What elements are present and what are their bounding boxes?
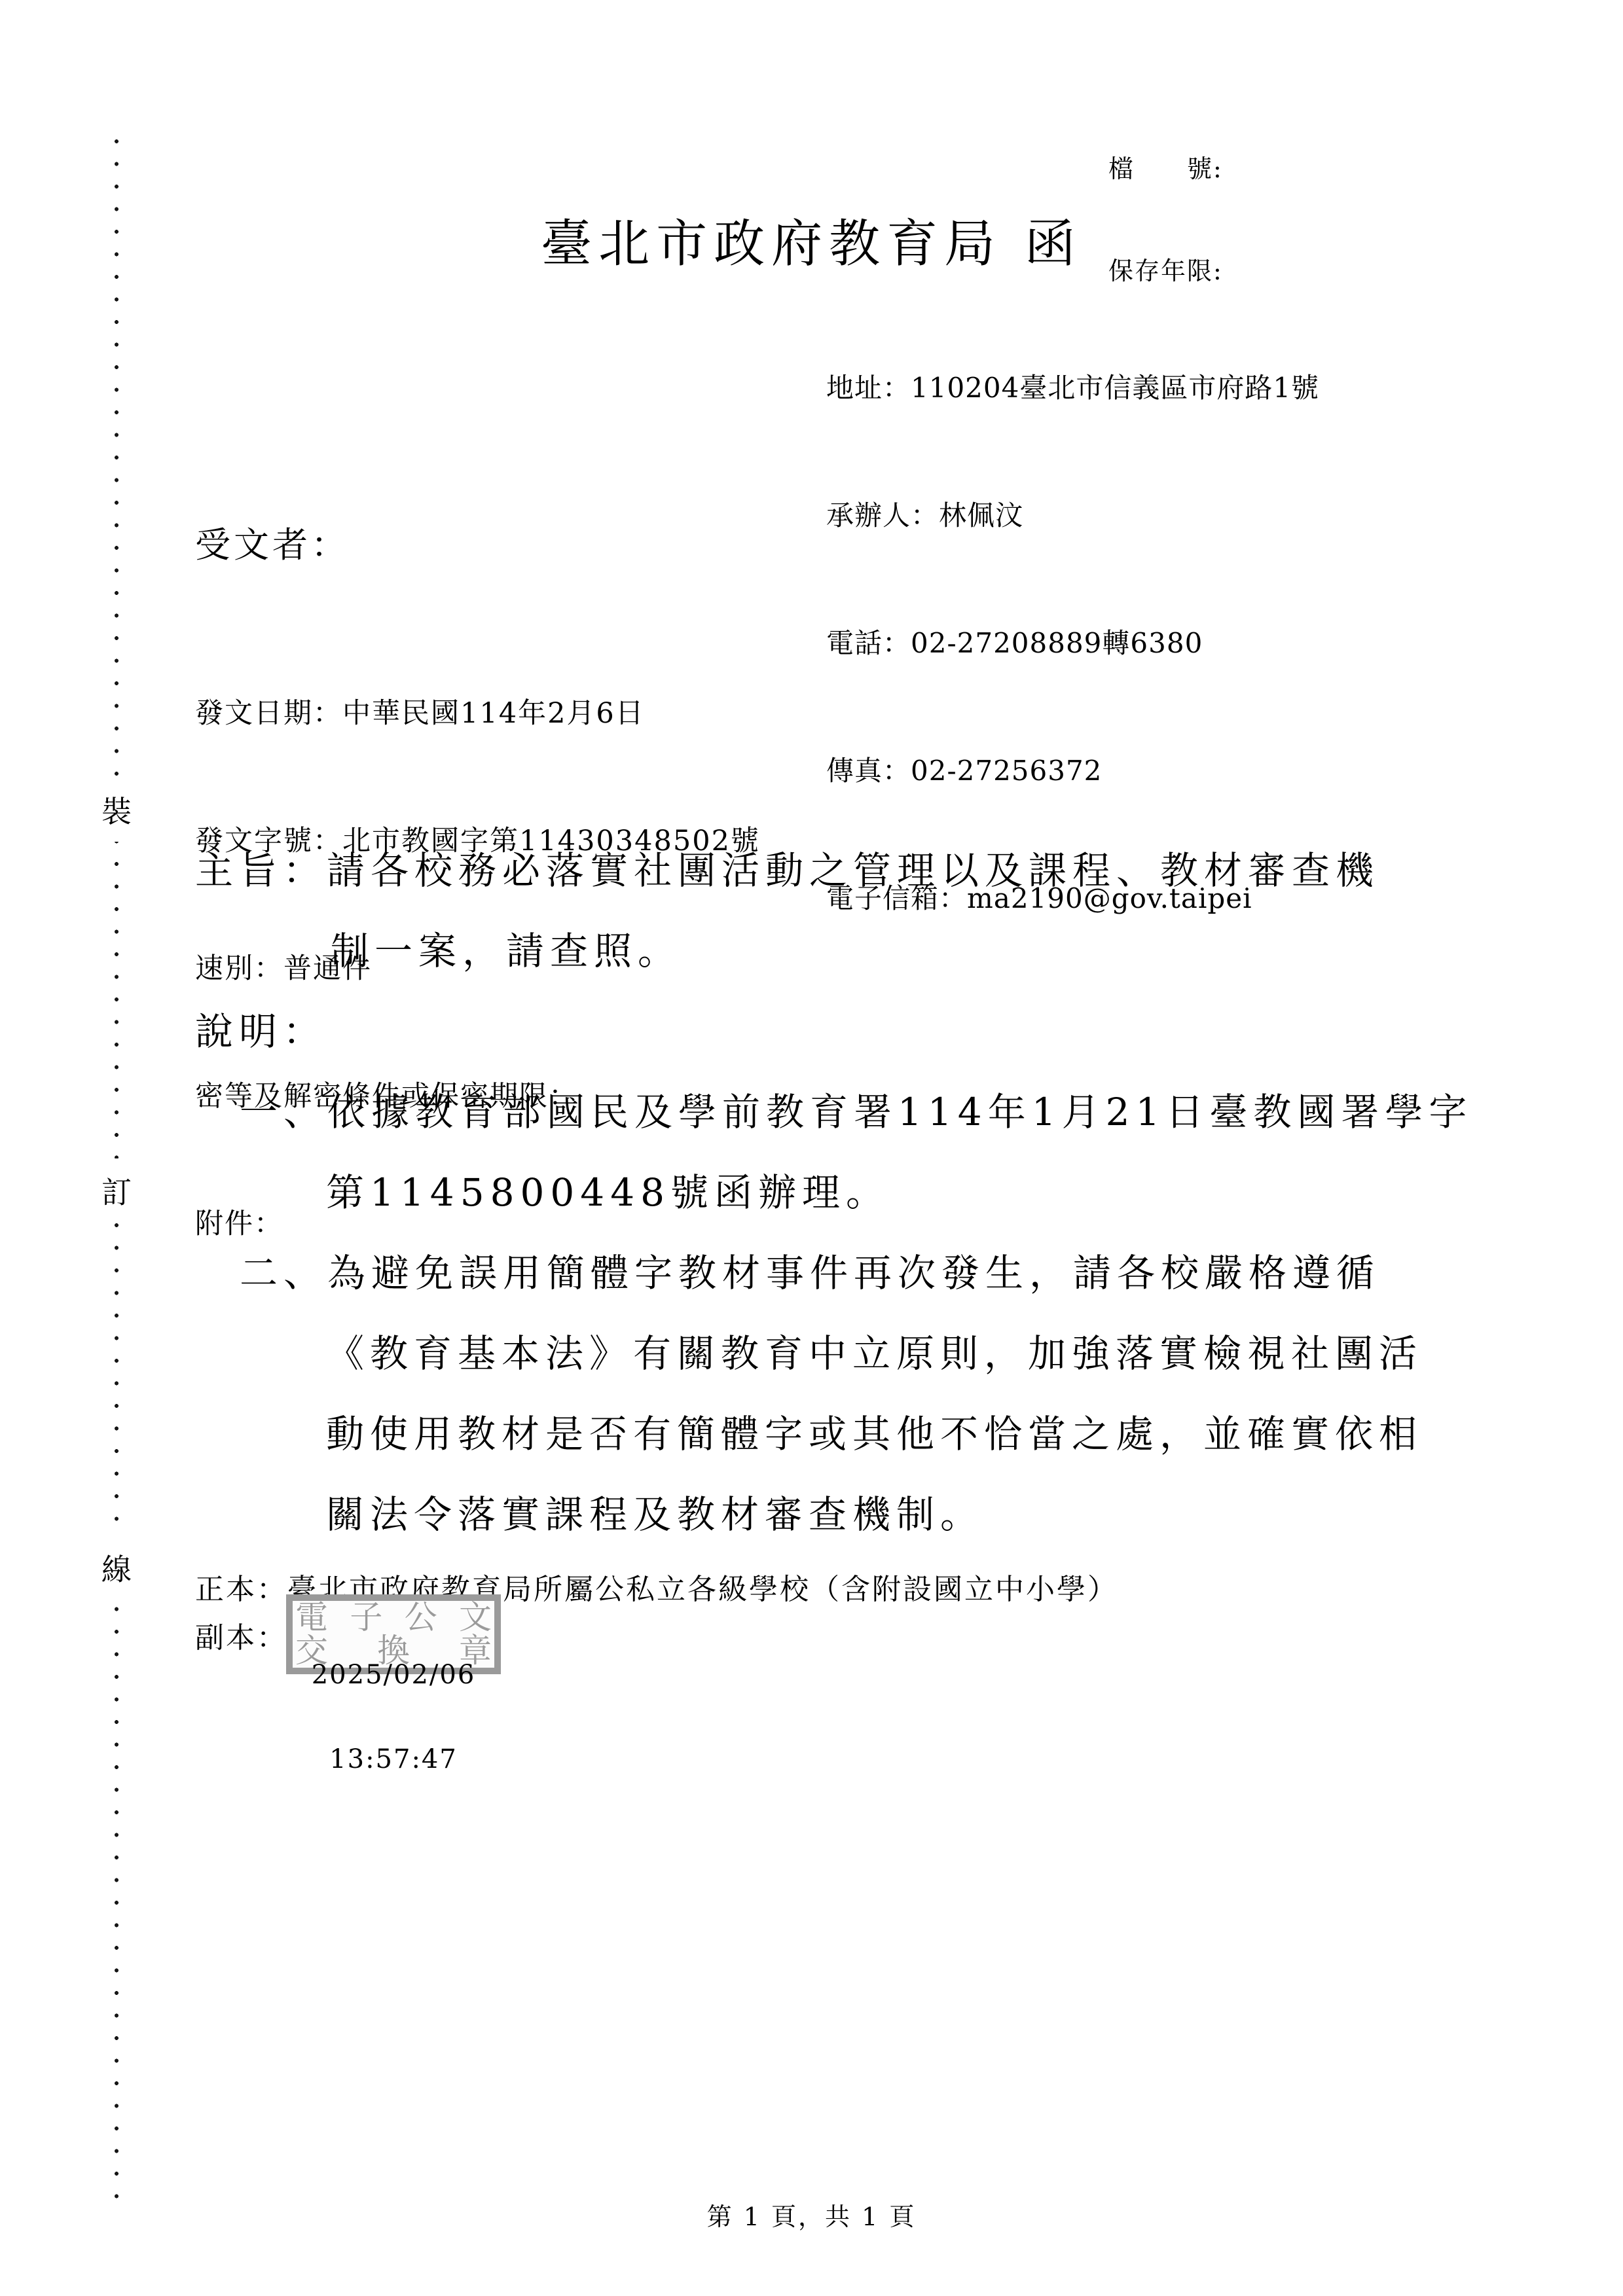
explanation-item2-line-4: 關法令落實課程及教材審查機制。	[326, 1492, 984, 1537]
sender-contact-person: 承辦人：林佩汶	[826, 494, 1319, 537]
binding-mark-zhuang: 裝	[98, 778, 135, 842]
binding-mark-xian: 線	[98, 1535, 135, 1600]
explanation-item2-line-3: 動使用教材是否有簡體字或其他不恰當之處，並確實依相	[326, 1411, 1423, 1457]
explanation-item1-line-2: 第1145800448號函辦理。	[326, 1170, 890, 1215]
binding-mark-ding: 訂	[98, 1158, 135, 1223]
explanation-item2-line-1: 二、為避免誤用簡體字教材事件再次發生，請各校嚴格遵循	[240, 1250, 1380, 1296]
stamp-datetime: 2025/02/06 13:57:47	[293, 1605, 494, 1830]
recipient-label: 受文者：	[195, 517, 350, 567]
distribution-copy: 副本：	[195, 1614, 287, 1656]
page-number-footer: 第 1 頁，共 1 頁	[0, 2197, 1623, 2233]
explanation-label: 說明：	[195, 1009, 327, 1054]
page-title: 臺北市政府教育局 函	[0, 203, 1623, 276]
stamp-date: 2025/02/06	[293, 1661, 494, 1689]
stamp-time: 13:57:47	[293, 1746, 494, 1774]
sender-phone: 電話：02-27208889轉6380	[826, 622, 1319, 664]
issue-date: 發文日期：中華民國114年2月6日	[195, 692, 760, 735]
sender-address: 地址：110204臺北市信義區市府路1號	[826, 367, 1319, 409]
sender-fax: 傳真：02-27256372	[826, 749, 1319, 792]
official-letter-page: 裝 訂 線 檔 號: 保存年限: 臺北市政府教育局 函 地址：110204臺北市…	[0, 0, 1623, 2296]
sender-info-block: 地址：110204臺北市信義區市府路1號 承辦人：林佩汶 電話：02-27208…	[826, 281, 1319, 1005]
electronic-exchange-stamp: 電 子 公 文 交 換 章 2025/02/06 13:57:47	[286, 1594, 501, 1674]
explanation-item1-line-1: 一、依據教育部國民及學前教育署114年1月21日臺教國署學字	[240, 1089, 1472, 1135]
file-number-label: 檔 號:	[1108, 152, 1223, 186]
explanation-item2-line-2: 《教育基本法》有關教育中立原則，加強落實檢視社團活	[326, 1331, 1423, 1376]
subject-line-2: 制一案，請查照。	[331, 928, 682, 974]
subject-line-1: 主旨：請各校務必落實社團活動之管理以及課程、教材審查機	[195, 848, 1379, 893]
